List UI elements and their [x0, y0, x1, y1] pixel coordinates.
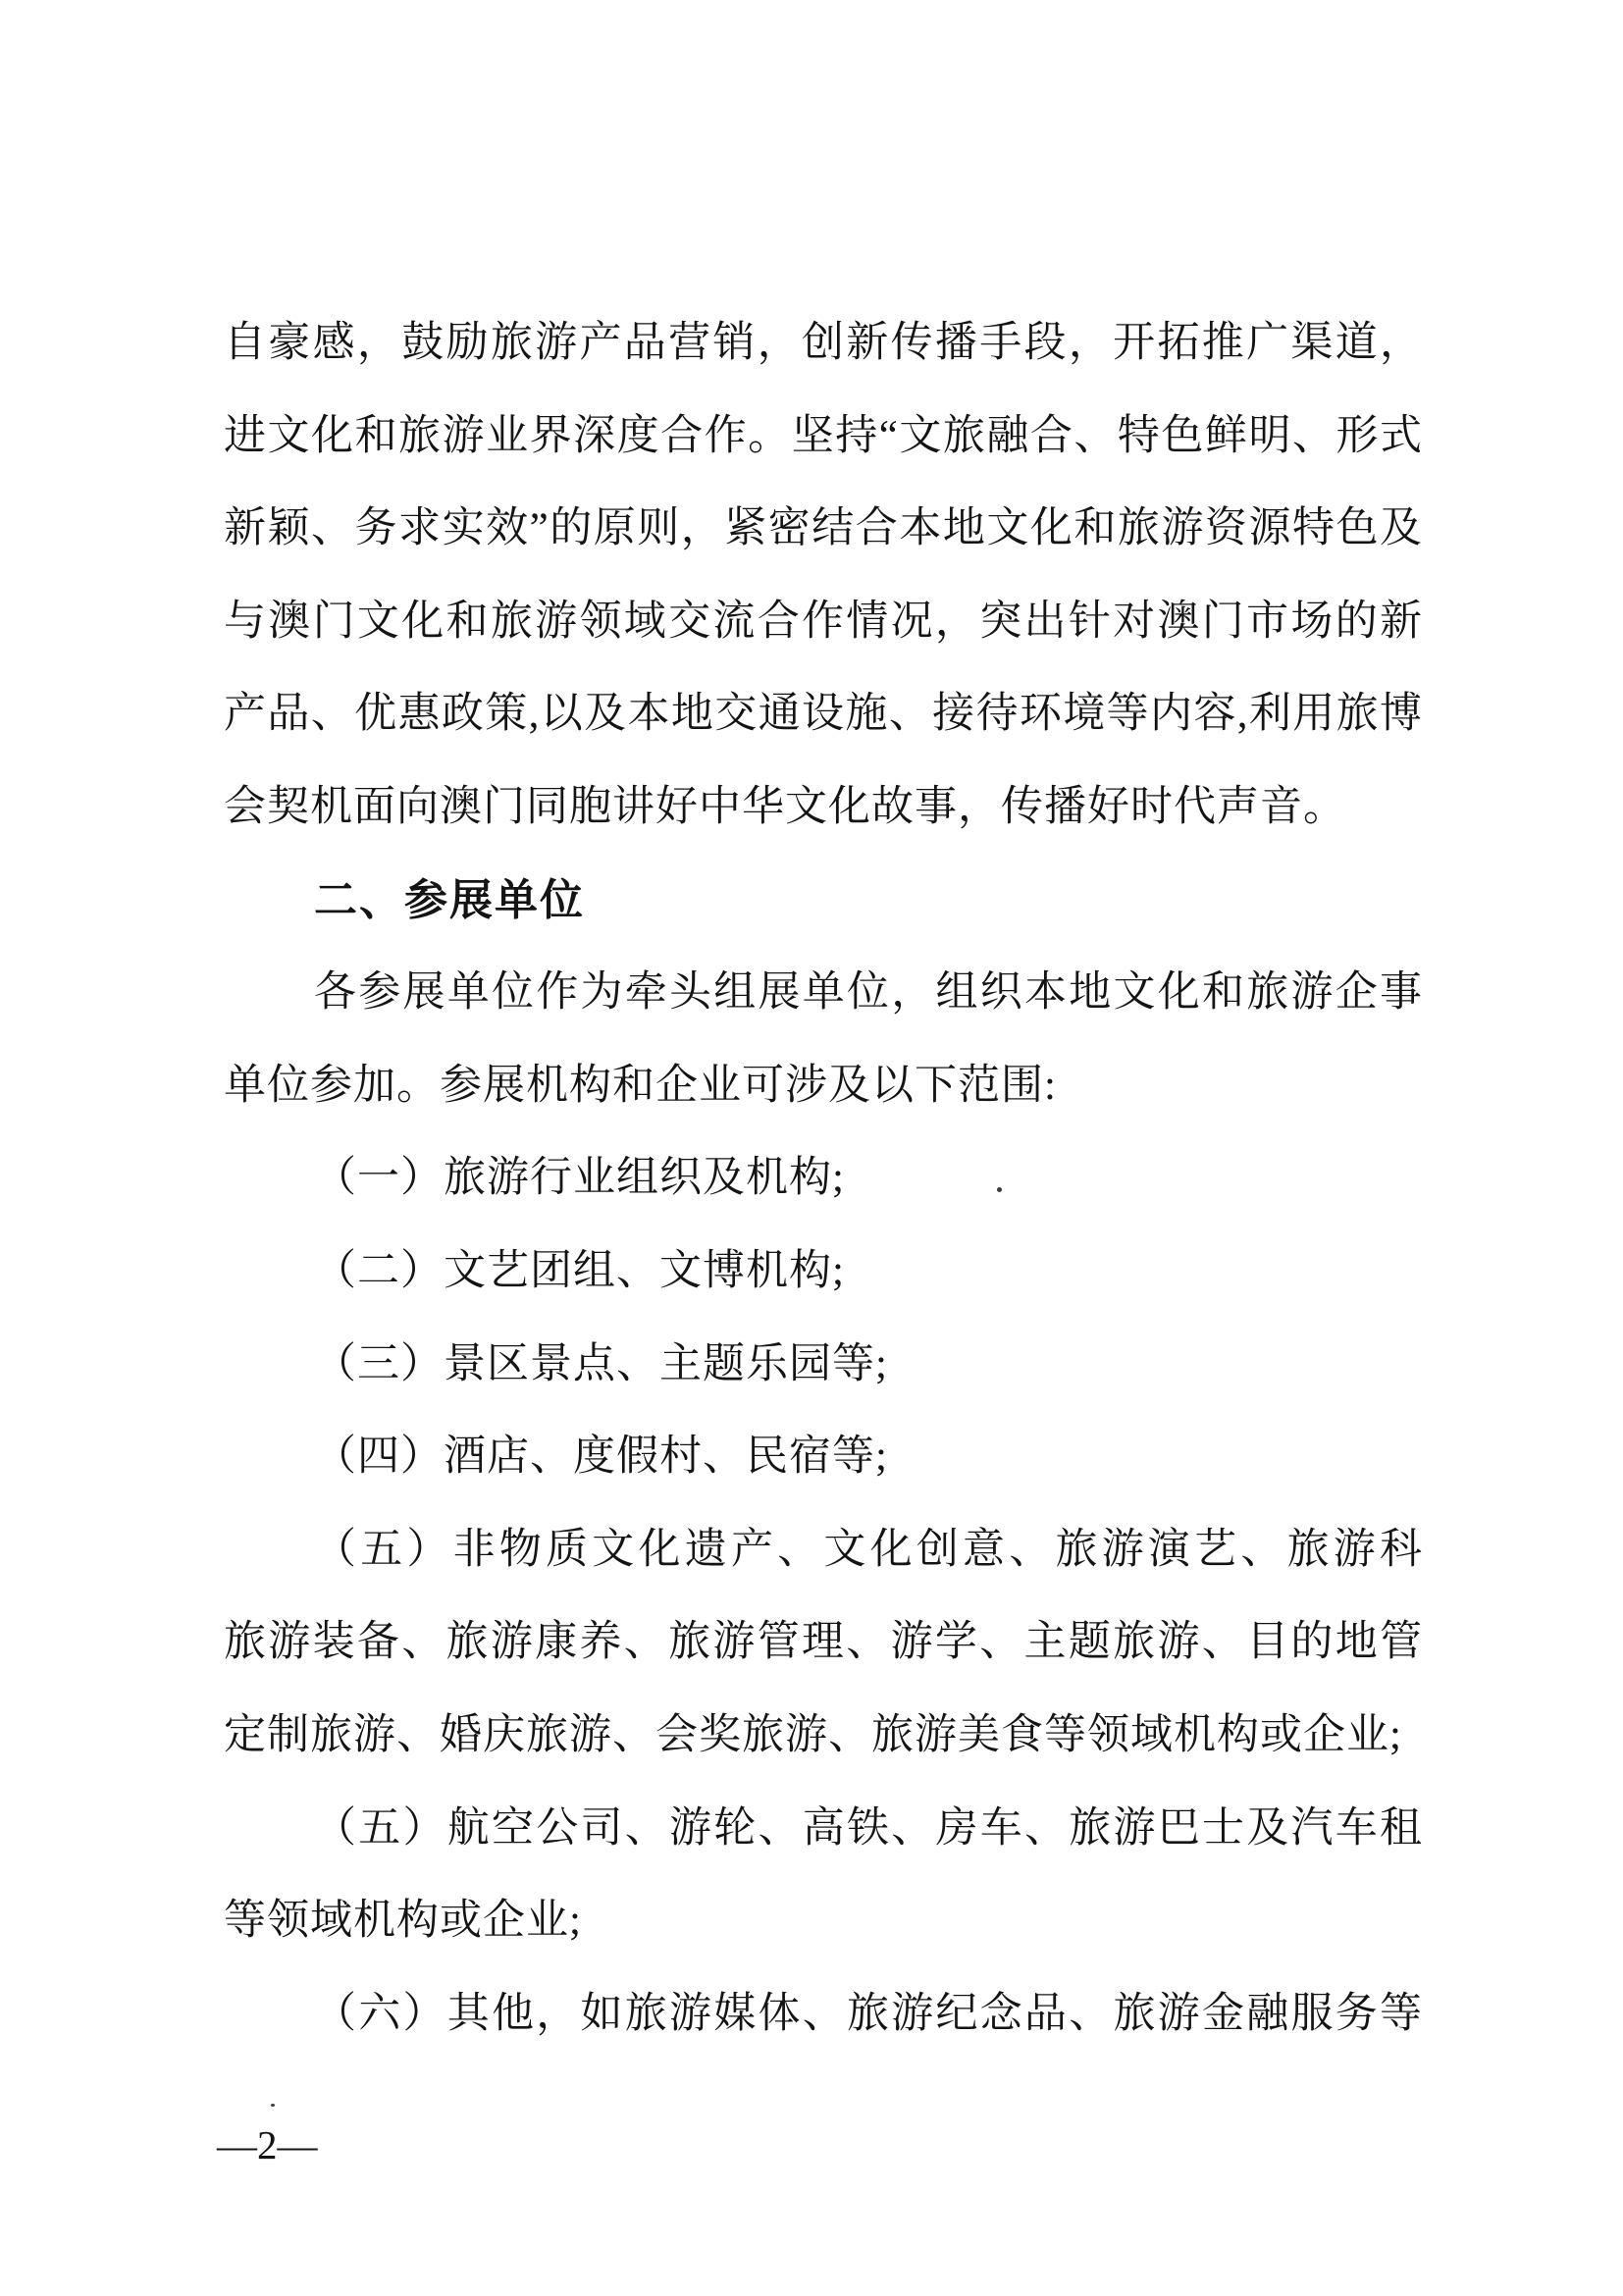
list-item-line: （五）非物质文化遗产、文化创意、旅游演艺、旅游科技、: [224, 1504, 1423, 1597]
body-line: 会契机面向澳门同胞讲好中华文化故事，传播好时代声音。: [224, 761, 1423, 855]
body-line: 单位参加。参展机构和企业可涉及以下范围:: [224, 1040, 1423, 1133]
list-item-line: （五）航空公司、游轮、高铁、房车、旅游巴士及汽车租赁: [224, 1783, 1423, 1876]
list-item-line: （六）其他，如旅游媒体、旅游纪念品、旅游金融服务等领: [224, 1968, 1423, 2061]
body-line: 自豪感，鼓励旅游产品营销，创新传播手段，开拓推广渠道，促: [224, 297, 1423, 391]
list-item-line: 定制旅游、婚庆旅游、会奖旅游、旅游美食等领域机构或企业;: [224, 1690, 1423, 1783]
body-line: 各参展单位作为牵头组展单位，组织本地文化和旅游企事业: [224, 947, 1423, 1040]
page-number: —2—: [217, 2121, 318, 2168]
list-item-line: （三）景区景点、主题乐园等;: [224, 1319, 1423, 1412]
body-line: 新颖、务求实效”的原则，紧密结合本地文化和旅游资源特色及: [224, 483, 1423, 576]
list-item-line: （四）酒店、度假村、民宿等;: [224, 1411, 1423, 1504]
scan-speck: [997, 1187, 1002, 1192]
document-page: 自豪感，鼓励旅游产品营销，创新传播手段，开拓推广渠道，促 进文化和旅游业界深度合…: [0, 0, 1623, 2296]
list-item-line: 等领域机构或企业;: [224, 1875, 1423, 1968]
body-line: 与澳门文化和旅游领域交流合作情况，突出针对澳门市场的新兴: [224, 576, 1423, 669]
list-item-line: 旅游装备、旅游康养、旅游管理、游学、主题旅游、目的地管理、: [224, 1596, 1423, 1690]
body-line: 进文化和旅游业界深度合作。坚持“文旅融合、特色鲜明、形式: [224, 391, 1423, 484]
section-heading: 二、参展单位: [224, 855, 1423, 948]
body-line: 产品、优惠政策,以及本地交通设施、接待环境等内容,利用旅博: [224, 668, 1423, 761]
document-body: 自豪感，鼓励旅游产品营销，创新传播手段，开拓推广渠道，促 进文化和旅游业界深度合…: [224, 297, 1423, 2061]
list-item-line: （一）旅游行业组织及机构;: [224, 1132, 1423, 1226]
scan-speck: [271, 2104, 275, 2107]
list-item-line: （二）文艺团组、文博机构;: [224, 1226, 1423, 1319]
